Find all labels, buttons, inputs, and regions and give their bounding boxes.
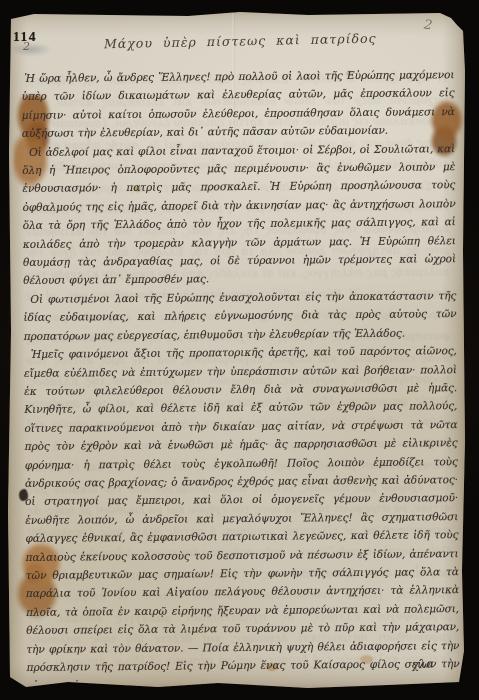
document-heading: Μάχου ὑπὲρ πίστεως καὶ πατρίδος — [104, 32, 324, 52]
paragraph: Ἡμεῖς φαινόμενοι ἄξιοι τῆς προπατορικῆς … — [24, 342, 460, 682]
stamp-number: 2 — [23, 40, 30, 53]
catchword: χλα — [412, 656, 435, 672]
body-text: Ἡ ὥρα ἦλθεν, ὦ ἄνδρες Ἕλληνες! πρὸ πολλο… — [21, 66, 459, 682]
paragraph: Οἱ ἀδελφοί μας καὶ φίλοι εἶναι πανταχοῦ … — [22, 140, 456, 291]
scan-background: Ἡ ὥρα ἦλθεν, ὦ ἄνδρες Ἕλληνες! πρὸ πολλο… — [0, 0, 479, 700]
stamp-smudge — [11, 43, 51, 56]
manuscript-page: Ἡ ὥρα ἦλθεν, ὦ ἄνδρες Ἕλληνες! πρὸ πολλο… — [8, 11, 465, 688]
paragraph: Οἱ φωτισμένοι λαοὶ τῆς Εὐρώπης ἐνασχολοῦ… — [23, 287, 456, 346]
paragraph: Ἡ ὥρα ἦλθεν, ὦ ἄνδρες Ἕλληνες! πρὸ πολλο… — [21, 66, 455, 143]
folio-number: 2 — [423, 17, 433, 33]
